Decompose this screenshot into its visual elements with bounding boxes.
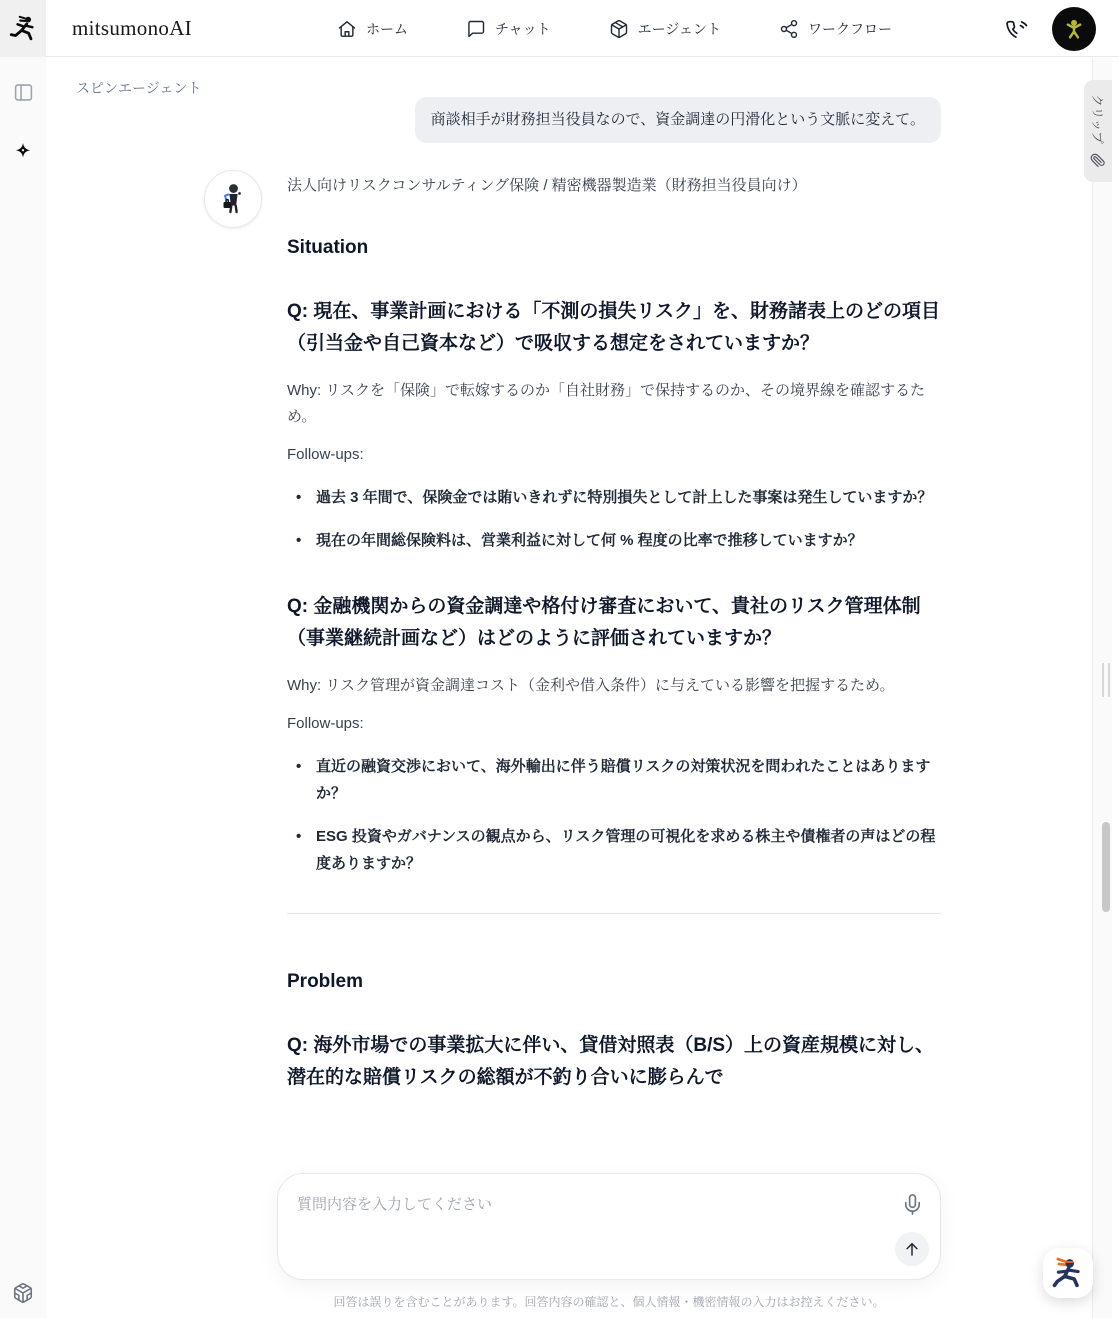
message-composer xyxy=(277,1173,941,1280)
message-input[interactable] xyxy=(278,1174,940,1279)
followups-list: 直近の融資交渉において、海外輸出に伴う賠償リスクの対策状況を問われたことはありま… xyxy=(287,753,941,877)
followups-label: Follow-ups: xyxy=(287,442,941,468)
question-heading: Q: 現在、事業計画における「不測の損失リスク」を、財務諸表上のどの項目（引当金… xyxy=(287,296,941,360)
microphone-icon xyxy=(901,1192,924,1217)
sandbox-button[interactable] xyxy=(0,1273,46,1313)
nav-chat[interactable]: チャット xyxy=(466,19,551,39)
sandbox-cube-icon xyxy=(12,1282,34,1304)
sparkle-icon xyxy=(11,138,35,162)
assistant-fab-button[interactable] xyxy=(1043,1248,1093,1298)
question-heading: Q: 金融機関からの資金調達や格付け審査において、貴社のリスク管理体制（事業継続… xyxy=(287,591,941,655)
workflow-share-icon xyxy=(779,19,799,39)
agent-avatar xyxy=(204,170,262,228)
followups-list: 過去 3 年間で、保険金では賄いきれずに特別損失として計上した事案は発生していま… xyxy=(287,484,941,554)
nav-home-label: ホーム xyxy=(366,19,408,39)
scrollbar-thumb[interactable] xyxy=(1102,822,1110,912)
main-nav: ホーム チャット エージェント xyxy=(337,0,892,57)
ninja-mascot-icon xyxy=(1050,1255,1086,1291)
nav-agent[interactable]: エージェント xyxy=(609,19,721,39)
brand-title[interactable]: mitsumonoAI xyxy=(72,16,192,41)
followup-item: 現在の年間総保険料は、営業利益に対して何 % 程度の比率で推移していますか？ xyxy=(287,527,941,554)
chat-icon xyxy=(466,19,486,39)
followups-label: Follow-ups: xyxy=(287,711,941,737)
chat-thread: 商談相手が財務担当役員なので、資金調達の円滑化という文脈に変えて。 法人向けリス… xyxy=(287,97,941,1094)
header-actions xyxy=(1005,0,1096,57)
breadcrumb: スピンエージェント xyxy=(76,78,201,98)
followup-item: 過去 3 年間で、保険金では賄いきれずに特別損失として計上した事案は発生していま… xyxy=(287,484,941,511)
arrow-up-icon xyxy=(903,1240,921,1258)
followup-item: 直近の融資交渉において、海外輸出に伴う賠償リスクの対策状況を問われたことはありま… xyxy=(287,753,941,807)
user-avatar-ninja xyxy=(1060,15,1088,43)
clip-tab-button[interactable]: クリップ xyxy=(1084,80,1112,182)
nav-workflow[interactable]: ワークフロー xyxy=(779,19,892,39)
sidebar-toggle-button[interactable] xyxy=(0,72,46,112)
agent-response-title: 法人向けリスクコンサルティング保険 / 精密機器製造業（財務担当役員向け） xyxy=(287,176,941,196)
why-text: Why: リスク管理が資金調達コスト（金利や借入条件）に与えている影響を把握する… xyxy=(287,673,941,699)
why-text: Why: リスクを「保険」で転嫁するのか「自社財務」で保持するのか、その境界線を… xyxy=(287,378,941,430)
send-button[interactable] xyxy=(895,1232,929,1266)
nav-chat-label: チャット xyxy=(495,19,551,39)
question-heading: Q: 海外市場での事業拡大に伴い、貸借対照表（B/S）上の資産規模に対し、潜在的… xyxy=(287,1030,941,1094)
call-button[interactable] xyxy=(1005,17,1029,41)
clip-tab-label: クリップ xyxy=(1089,94,1107,144)
nav-workflow-label: ワークフロー xyxy=(808,19,892,39)
panel-left-icon xyxy=(13,82,34,103)
agent-cube-icon xyxy=(609,19,629,39)
top-header: mitsumonoAI ホーム チャット xyxy=(46,0,1119,57)
nav-agent-label: エージェント xyxy=(638,19,721,39)
panel-resize-handle[interactable] xyxy=(1102,663,1110,697)
user-message-bubble: 商談相手が財務担当役員なので、資金調達の円滑化という文脈に変えて。 xyxy=(415,97,941,143)
section-heading-situation: Situation xyxy=(287,236,941,259)
section-divider xyxy=(287,913,941,914)
paperclip-icon xyxy=(1091,153,1106,168)
mic-button[interactable] xyxy=(899,1190,925,1218)
ninja-logo-icon xyxy=(8,14,38,44)
nav-home[interactable]: ホーム xyxy=(337,19,408,39)
home-icon xyxy=(337,19,357,39)
app-logo-button[interactable] xyxy=(0,0,46,57)
disclaimer-text: 回答は誤りを含むことがあります。回答内容の確認と、個人情報・機密情報の入力はお控… xyxy=(277,1293,941,1310)
left-sidebar xyxy=(0,0,46,1318)
phone-signal-icon xyxy=(1005,17,1029,41)
section-heading-problem: Problem xyxy=(287,970,941,993)
followup-item: ESG 投資やガバナンスの観点から、リスク管理の可視化を求める株主や債権者の声は… xyxy=(287,823,941,877)
user-avatar[interactable] xyxy=(1052,7,1096,51)
businessman-avatar-icon xyxy=(218,181,248,217)
assistant-sparkle-button[interactable] xyxy=(0,130,46,170)
